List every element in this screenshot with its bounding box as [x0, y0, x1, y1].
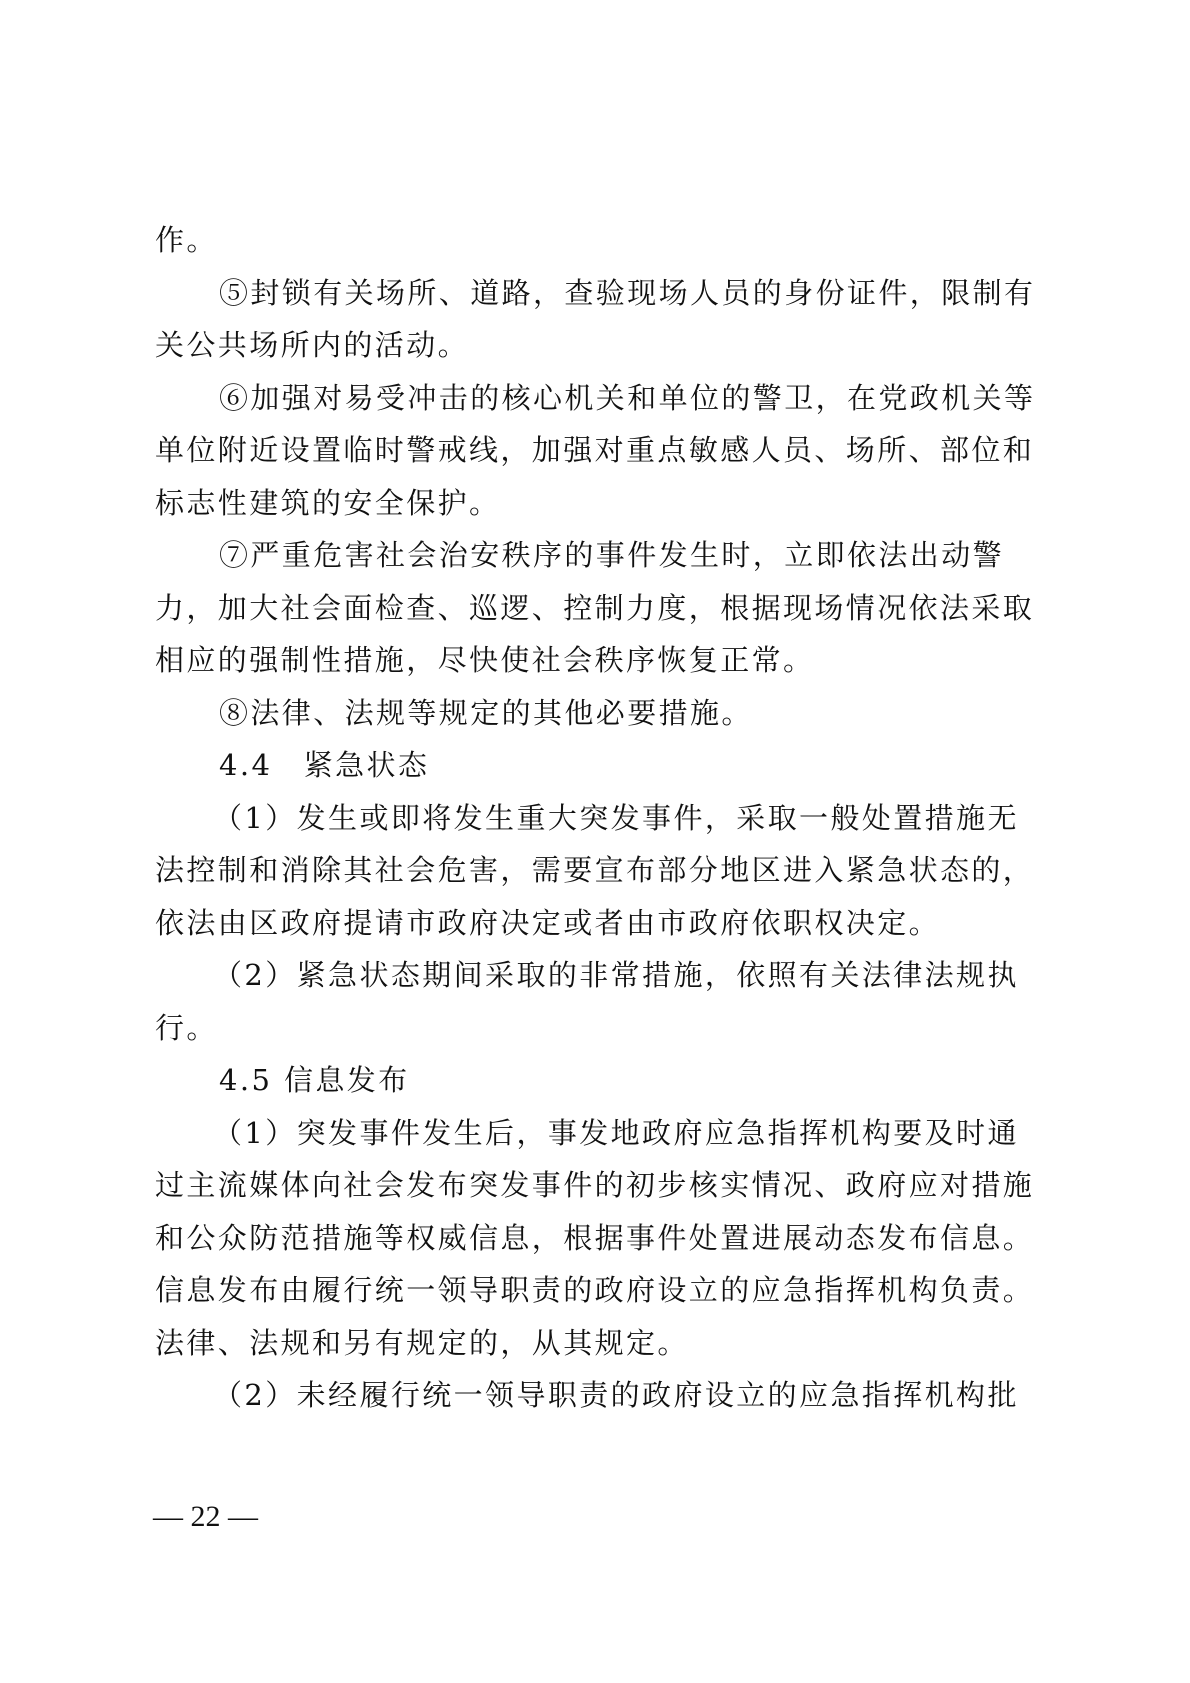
text-line: （1）发生或即将发生重大突发事件，采取一般处置措施无 — [155, 792, 1040, 845]
text-line: 关公共场所内的活动。 — [155, 319, 1040, 372]
text-line: ⑥加强对易受冲击的核心机关和单位的警卫，在党政机关等 — [155, 372, 1040, 425]
text-line: （2）未经履行统一领导职责的政府设立的应急指挥机构批 — [155, 1369, 1040, 1422]
text-line: 作。 — [155, 214, 1040, 267]
text-line: 力，加大社会面检查、巡逻、控制力度，根据现场情况依法采取 — [155, 582, 1040, 635]
text-line: 单位附近设置临时警戒线，加强对重点敏感人员、场所、部位和 — [155, 424, 1040, 477]
text-line: ⑧法律、法规等规定的其他必要措施。 — [155, 687, 1040, 740]
text-line: 法控制和消除其社会危害，需要宣布部分地区进入紧急状态的， — [155, 844, 1040, 897]
text-line: 信息发布由履行统一领导职责的政府设立的应急指挥机构负责。 — [155, 1264, 1040, 1317]
page-number: — 22 — — [153, 1500, 258, 1534]
text-line: 和公众防范措施等权威信息，根据事件处置进展动态发布信息。 — [155, 1212, 1040, 1265]
text-line: 依法由区政府提请市政府决定或者由市政府依职权决定。 — [155, 897, 1040, 950]
text-line: 行。 — [155, 1002, 1040, 1055]
text-line: ⑦严重危害社会治安秩序的事件发生时，立即依法出动警 — [155, 529, 1040, 582]
text-line: 法律、法规和另有规定的，从其规定。 — [155, 1317, 1040, 1370]
text-line: 相应的强制性措施，尽快使社会秩序恢复正常。 — [155, 634, 1040, 687]
text-line: （1）突发事件发生后，事发地政府应急指挥机构要及时通 — [155, 1107, 1040, 1160]
text-line: 标志性建筑的安全保护。 — [155, 477, 1040, 530]
document-page: 作。 ⑤封锁有关场所、道路，查验现场人员的身份证件，限制有 关公共场所内的活动。… — [0, 0, 1190, 1683]
section-heading: 4.5 信息发布 — [155, 1054, 1040, 1107]
text-line: （2）紧急状态期间采取的非常措施，依照有关法律法规执 — [155, 949, 1040, 1002]
text-line: 过主流媒体向社会发布突发事件的初步核实情况、政府应对措施 — [155, 1159, 1040, 1212]
section-heading: 4.4 紧急状态 — [155, 739, 1040, 792]
text-line: ⑤封锁有关场所、道路，查验现场人员的身份证件，限制有 — [155, 267, 1040, 320]
body-text: 作。 ⑤封锁有关场所、道路，查验现场人员的身份证件，限制有 关公共场所内的活动。… — [155, 214, 1040, 1422]
